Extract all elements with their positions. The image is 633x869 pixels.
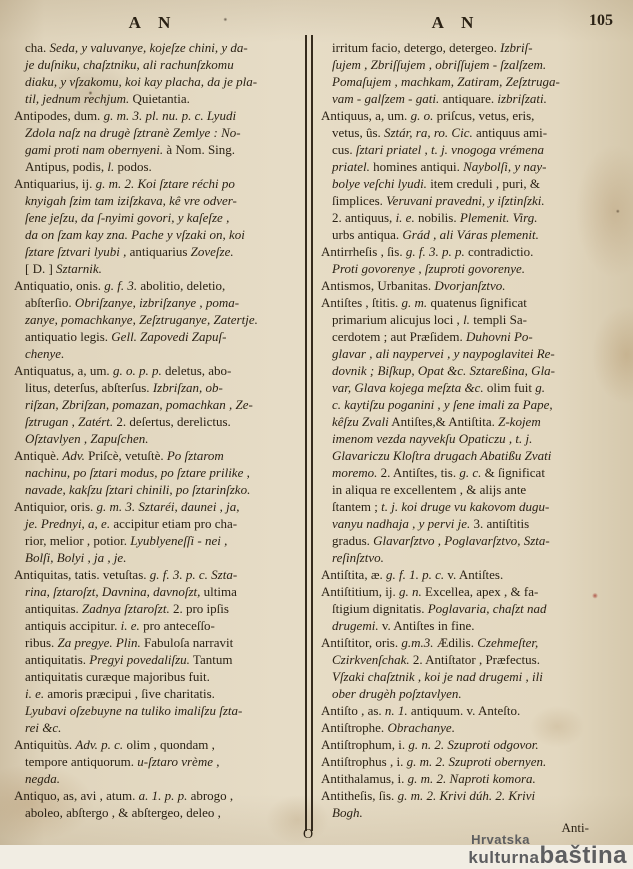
text-line: Lyubavi oſzebuyne na tuliko imaliſzu ſzt…	[25, 702, 304, 719]
text-line: urbs antiqua. Grád , ali Váras plemenit.	[332, 226, 621, 243]
text-line: var, Glava kojega meſzta &c. olim fuit g…	[332, 379, 621, 396]
text-line: zanye, pomachkanye, Zeſztruganye, Zatert…	[25, 311, 304, 328]
text-line: Zdola naſz na drugè ſztranè Zemlye : No-	[25, 124, 304, 141]
text-line: chenye.	[25, 345, 304, 362]
text-line: reſinſztvo.	[332, 549, 621, 566]
watermark-line2-bold: baština	[539, 842, 627, 869]
text-line: nachinu, po ſztari modus, po ſztare pril…	[25, 464, 304, 481]
text-line: Antiſtes , ſtitis. g. m. quatenus ſignif…	[321, 294, 621, 311]
text-line: kêſzu Zvali Antiſtes,& Antiſtita. Z-koje…	[332, 413, 621, 430]
text-line: Bogh.	[332, 804, 621, 821]
text-line: Antirrheſis , ſis. g. f. 3. p. p. contra…	[321, 243, 621, 260]
text-line: aboleo, abſtergo , & abſtergeo, deleo ,	[25, 804, 304, 821]
running-head-left: A N	[0, 13, 306, 35]
text-line: til, jednum rechjum. Quietantia.	[25, 90, 304, 107]
text-line: Antipus, podis, l. podos.	[25, 158, 304, 175]
text-line: vanyu nadhaja , y pervi je. 3. antiſtiti…	[332, 515, 621, 532]
running-head-right: A N	[316, 13, 596, 35]
column-divider-rule	[305, 35, 313, 831]
text-line: bolye veſchi lyudi. item creduli , puri,…	[332, 175, 621, 192]
text-line: Antiſto , as. n. 1. antiquum. v. Anteſto…	[321, 702, 621, 719]
text-column-right: irritum facio, detergo, detergeo. Izbriſ…	[321, 39, 621, 821]
text-line: riſzan, Zbriſzan, pomazan, pomachkan , Z…	[25, 396, 304, 413]
text-line: Antiſtrophe. Obrachanye.	[321, 719, 621, 736]
text-line: ſztrugan , Zatért. 2. deſertus, derelict…	[25, 413, 304, 430]
text-line: antiquitatis curæque majoribus fuit.	[25, 668, 304, 685]
text-line: antiquis accipitur. i. e. pro anteceſſo-	[25, 617, 304, 634]
text-line: Antiquo, as, avi , atum. a. 1. p. p. abr…	[14, 787, 304, 804]
text-line: antiquitas. Zadnya ſztaroſzt. 2. pro ipſ…	[25, 600, 304, 617]
text-line: ſimplices. Veruvani pravedni, y iſztinſz…	[332, 192, 621, 209]
text-line: Antiſtita, æ. g. f. 1. p. c. v. Antiſtes…	[321, 566, 621, 583]
text-line: Vſzaki chaſztnik , koi je nad drugemi , …	[332, 668, 621, 685]
text-line: Bolſi, Bolyi , ja , je.	[25, 549, 304, 566]
text-line: antiquitatis. Pregyi povedaliſzu. Tantum	[25, 651, 304, 668]
text-line: tempore antiquorum. u-ſztaro vrème ,	[25, 753, 304, 770]
text-line: moremo. 2. Antiſtes, tis. g. c. & ſignif…	[332, 464, 621, 481]
watermark-line2-normal: kulturna	[468, 848, 539, 867]
text-line: rina, ſztaroſzt, Davnina, davnoſzt, ulti…	[25, 583, 304, 600]
text-line: 2. antiquus, i. e. nobilis. Plemenit. Vi…	[332, 209, 621, 226]
text-line: cha. Seda, y valuvanye, kojeſze chini, y…	[25, 39, 304, 56]
text-line: Antiſtitor, oris. g.m.3. Ædilis. Czehmeſ…	[321, 634, 621, 651]
text-line: Oſztavlyen , Zapuſchen.	[25, 430, 304, 447]
text-line: litus, deterſus, abſterſus. Izbriſzan, o…	[25, 379, 304, 396]
text-line: gradus. Glavarſztvo , Poglavarſztvo, Szt…	[332, 532, 621, 549]
text-line: cerdotem ; aut Præſidem. Duhovni Po-	[332, 328, 621, 345]
text-line: negda.	[25, 770, 304, 787]
text-line: Antipodes, dum. g. m. 3. pl. nu. p. c. L…	[14, 107, 304, 124]
text-line: Antiſtrophus , i. g. m. 2. Szuproti ober…	[321, 753, 621, 770]
text-line: ribus. Za pregye. Plin. Fabuloſa narravi…	[25, 634, 304, 651]
text-line: primarium alicujus loci , l. templi Sa-	[332, 311, 621, 328]
text-line: glavar , ali naypervei , y naypoglavitei…	[332, 345, 621, 362]
text-line: ſtigium dignitatis. Poglavaria, chaſzt n…	[332, 600, 621, 617]
text-line: diaku, y vſzakomu, koi kay placha, da je…	[25, 73, 304, 90]
text-line: vam - galſzem - gati. antiquare. izbriſz…	[332, 90, 621, 107]
text-line: navade, kakſzu ſztari chinili, po ſztari…	[25, 481, 304, 498]
text-column-left: cha. Seda, y valuvanye, kojeſze chini, y…	[14, 39, 304, 821]
text-line: imenom vezda nayvekſu Opaticzu , t. j.	[332, 430, 621, 447]
text-line: Antiquè. Adv. Priſcè, vetuſtè. Po ſztaro…	[14, 447, 304, 464]
text-line: Antiquitas, tatis. vetuſtas. g. f. 3. p.…	[14, 566, 304, 583]
text-line: Antiſtrophum, i. g. n. 2. Szuproti odgov…	[321, 736, 621, 753]
text-line: ſujem , Zbriſſujem , obriſſujem - ſzalſz…	[332, 56, 621, 73]
watermark: Hrvatska kulturnabaština	[468, 833, 627, 868]
text-line: [ D. ] Sztarnik.	[25, 260, 304, 277]
text-line: Antiquarius, ij. g. m. 2. Koi ſztare réc…	[14, 175, 304, 192]
text-line: ober drugèh poſztavlyen.	[332, 685, 621, 702]
text-line: antiquatio legis. Gell. Zapovedi Zapuſ-	[25, 328, 304, 345]
text-line: vetus, ûs. Sztár, ra, ro. Cic. antiquus …	[332, 124, 621, 141]
text-line: Proti govorenye , ſzuproti govorenye.	[332, 260, 621, 277]
text-line: abſterſio. Obriſzanye, izbriſzanye , pom…	[25, 294, 304, 311]
text-line: Antiſtitium, ij. g. n. Excellea, apex , …	[321, 583, 621, 600]
text-line: Glavariczu Kloſtra drugach Abatißu Zvati	[332, 447, 621, 464]
text-line: da on ſzam kay zna. Pache y vſzaki on, k…	[25, 226, 304, 243]
text-line: Antiquus, a, um. g. o. priſcus, vetus, e…	[321, 107, 621, 124]
text-line: Antitheſis, ſis. g. m. 2. Krivi dúh. 2. …	[321, 787, 621, 804]
page-number: 105	[589, 12, 613, 30]
text-line: ſztare ſztvari lyubi , antiquarius Zoveſ…	[25, 243, 304, 260]
text-line: knyigah ſzim tam iziſzkava, kê vre odver…	[25, 192, 304, 209]
text-line: Antithalamus, i. g. m. 2. Naproti komora…	[321, 770, 621, 787]
text-line: irritum facio, detergo, detergeo. Izbriſ…	[332, 39, 621, 56]
text-line: je duſniku, chaſztniku, ali rachunſzkomu	[25, 56, 304, 73]
text-line: Antiquitùs. Adv. p. c. olim , quondam ,	[14, 736, 304, 753]
text-line: in aliqua re excellentem , & alijs ante	[332, 481, 621, 498]
text-line: Antismos, Urbanitas. Dvorjanſztvo.	[321, 277, 621, 294]
text-line: c. kaytiſzu poganini , y ſene imali za P…	[332, 396, 621, 413]
text-line: priatel. homines antiqui. Naybolſi, y na…	[332, 158, 621, 175]
text-line: gami proti nam obernyeni. à Nom. Sing.	[25, 141, 304, 158]
text-line: Antiquatio, onis. g. f. 3. abolitio, del…	[14, 277, 304, 294]
text-line: dovnik ; Biſkup, Opat &c. Sztareßina, Gl…	[332, 362, 621, 379]
text-line: i. e. amoris præcipui , ſive charitatis.	[25, 685, 304, 702]
text-line: rei &c.	[25, 719, 304, 736]
text-line: je. Prednyi, a, e. accipitur etiam pro c…	[25, 515, 304, 532]
text-line: Antiquior, oris. g. m. 3. Sztaréi, daune…	[14, 498, 304, 515]
text-line: drugemi. v. Antiſtes in fine.	[332, 617, 621, 634]
text-line: rior, melior , potior. Lyublyeneſſi - ne…	[25, 532, 304, 549]
text-line: Antiquatus, a, um. g. o. p. p. deletus, …	[14, 362, 304, 379]
text-line: ſtantem ; t. j. koi druge vu kakovom dug…	[332, 498, 621, 515]
scanned-page: A N A N 105 cha. Seda, y valuvanye, koje…	[0, 0, 633, 845]
text-line: Czirkvenſchak. 2. Antiſtator , Præfectus…	[332, 651, 621, 668]
text-line: cus. ſztari priatel , t. j. vnogoga vrém…	[332, 141, 621, 158]
text-line: ſene jeſzu, da ſ-nyimi govori, y kaſeſze…	[25, 209, 304, 226]
text-line: Pomaſujem , machkam, Zatiram, Zeſztruga-	[332, 73, 621, 90]
signature-mark: O	[298, 827, 318, 843]
